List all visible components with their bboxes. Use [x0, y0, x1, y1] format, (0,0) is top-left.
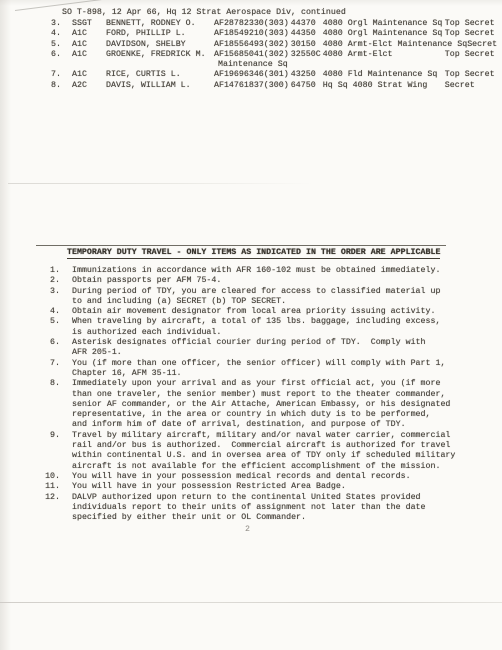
list-item: 11. You will have in your possession Res… — [45, 482, 455, 492]
afsc-code: 43250 — [291, 70, 323, 80]
area-code: (302) — [264, 50, 291, 60]
area-code: (303) — [264, 19, 291, 29]
item-line: When traveling by aircraft, a total of 1… — [72, 317, 440, 327]
item-line: Obtain passports per AFM 75-4. — [72, 276, 221, 286]
area-code: (303) — [264, 29, 291, 39]
list-item: 10. You will have in your possession med… — [45, 472, 455, 482]
item-line: Travel by military aircraft, military an… — [72, 431, 455, 441]
rank: A1C — [72, 29, 106, 39]
rank: A1C — [72, 70, 106, 80]
personnel-roster: 3. SSGT BENNETT, RODNEY O. AF28782330 (3… — [51, 19, 497, 91]
member-name: DAVIS, WILLIAM L. — [106, 81, 214, 91]
entry-number: 5. — [51, 40, 72, 50]
section-title-row: TEMPORARY DUTY TRAVEL - ONLY ITEMS AS IN… — [67, 248, 440, 257]
entry-number: 4. — [51, 29, 72, 39]
service-number: AF18556493 — [214, 40, 264, 50]
entry-number: 3. — [51, 19, 72, 29]
item-line: aircraft is not available for the effici… — [72, 462, 455, 472]
item-line: specified by either their unit or OL Com… — [72, 513, 426, 523]
item-line: Obtain air movement designator from loca… — [72, 307, 435, 317]
item-line: Immunizations in accordance with AFR 160… — [72, 266, 440, 276]
clearance: Secret — [467, 40, 497, 50]
item-line: within continental U.S. and in oversea a… — [72, 451, 455, 461]
item-line: to and including (a) SECRET (b) TOP SECR… — [72, 297, 440, 307]
unit: 4080 Fld Maintenance Sq — [323, 70, 445, 80]
afsc-code: 32550C — [291, 50, 323, 60]
member-name: FORD, PHILLIP L. — [106, 29, 214, 39]
member-name: DAVIDSON, SHELBY — [106, 40, 214, 50]
item-line: You will have in your possession medical… — [72, 472, 411, 482]
item-number: 12. — [45, 493, 60, 524]
unit-continuation: Maintenance Sq — [218, 60, 497, 70]
item-line: Asterisk designates official courier dur… — [72, 338, 426, 348]
entry-number: 7. — [51, 70, 72, 80]
afsc-code: 44350 — [291, 29, 323, 39]
item-line: and inform him of date of arrival, desti… — [72, 420, 450, 430]
unit: 4080 Orgl Maintenance Sq — [323, 19, 445, 29]
service-number: AF14761837 — [214, 81, 264, 91]
area-code: (301) — [264, 70, 291, 80]
entry-number: 6. — [51, 50, 72, 60]
member-name: BENNETT, RODNEY O. — [106, 19, 214, 29]
page-number: 2 — [245, 525, 250, 534]
area-code: (300) — [264, 81, 291, 91]
entry-number: 8. — [51, 81, 72, 91]
item-number: 7. — [45, 359, 60, 380]
list-item: 6. Asterisk designates official courier … — [45, 338, 455, 359]
item-line: than one traveler, the senior member) mu… — [72, 390, 450, 400]
afsc-code: 44370 — [291, 19, 323, 29]
member-name: GROENKE, FREDRICK M. — [106, 50, 214, 60]
item-number: 2. — [45, 276, 60, 286]
afsc-code: 64750 — [291, 81, 323, 91]
unit: 4080 Armt-Elct — [323, 50, 445, 60]
service-number: AF15685041 — [214, 50, 264, 60]
clearance: Top Secret — [445, 70, 495, 80]
unit: Hq Sq 4080 Strat Wing — [323, 81, 445, 91]
service-number: AF19696346 — [214, 70, 264, 80]
clearance: Top Secret — [445, 19, 495, 29]
item-number: 9. — [45, 431, 60, 472]
service-number: AF28782330 — [214, 19, 264, 29]
service-number: AF18549210 — [214, 29, 264, 39]
list-item: 9. Travel by military aircraft, military… — [45, 431, 455, 472]
item-line: individuals report to their units of ass… — [72, 503, 426, 513]
afsc-code: 30150 — [291, 40, 323, 50]
list-item: 1. Immunizations in accordance with AFR … — [45, 266, 455, 276]
rank: A1C — [72, 50, 106, 60]
roster-row: 4. A1C FORD, PHILLIP L. AF18549210 (303)… — [51, 29, 497, 39]
item-line: AFR 205-1. — [72, 348, 426, 358]
scan-fold-line — [0, 602, 502, 603]
list-item: 8. Immediately upon your arrival and as … — [45, 379, 455, 430]
list-item: 2. Obtain passports per AFM 75-4. — [45, 276, 455, 286]
roster-row: 6. A1C GROENKE, FREDRICK M. AF15685041 (… — [51, 50, 497, 60]
item-line: rail and/or bus is authorized. Commercia… — [72, 441, 455, 451]
unit: 4080 Orgl Maintenance Sq — [323, 29, 445, 39]
item-number: 4. — [45, 307, 60, 317]
item-line: Immediately upon your arrival and as you… — [72, 379, 450, 389]
unit: 4080 Armt-Elct Maintenance Sq — [323, 40, 467, 50]
item-number: 1. — [45, 266, 60, 276]
roster-row: 8. A2C DAVIS, WILLIAM L. AF14761837 (300… — [51, 81, 497, 91]
scanned-document-page: SO T-898, 12 Apr 66, Hq 12 Strat Aerospa… — [0, 0, 502, 650]
clearance: Top Secret — [445, 29, 495, 39]
area-code: (302) — [264, 40, 291, 50]
scan-smudge-line — [8, 183, 313, 184]
list-item: 7. You (if more than one officer, the se… — [45, 359, 455, 380]
section-divider-rule — [36, 245, 446, 246]
item-number: 8. — [45, 379, 60, 430]
list-item: 12. DALVP authorized upon return to the … — [45, 493, 455, 524]
item-line: You will have in your possession Restric… — [72, 482, 346, 492]
rank: A2C — [72, 81, 106, 91]
item-line: senior AF commander, or the Air Attache,… — [72, 400, 450, 410]
item-line: representative, in the area or country i… — [72, 410, 450, 420]
item-line: Chapter 16, AFM 35-11. — [72, 369, 445, 379]
list-item: 4. Obtain air movement designator from l… — [45, 307, 455, 317]
list-item: 5. When traveling by aircraft, a total o… — [45, 317, 455, 338]
list-item: 3. During period of TDY, you are cleared… — [45, 287, 455, 308]
roster-row: 5. A1C DAVIDSON, SHELBY AF18556493 (302)… — [51, 40, 497, 50]
clearance: Top Secret — [445, 50, 495, 60]
tdy-instructions-list: 1. Immunizations in accordance with AFR … — [45, 266, 455, 523]
item-number: 6. — [45, 338, 60, 359]
member-name: RICE, CURTIS L. — [106, 70, 214, 80]
item-line: You (if more than one officer, the senio… — [72, 359, 445, 369]
roster-row: 3. SSGT BENNETT, RODNEY O. AF28782330 (3… — [51, 19, 497, 29]
item-number: 5. — [45, 317, 60, 338]
item-number: 10. — [45, 472, 60, 482]
section-title: TEMPORARY DUTY TRAVEL - ONLY ITEMS AS IN… — [67, 248, 440, 259]
item-number: 3. — [45, 287, 60, 308]
rank: A1C — [72, 40, 106, 50]
item-line: During period of TDY, you are cleared fo… — [72, 287, 440, 297]
roster-row: 7. A1C RICE, CURTIS L. AF19696346 (301) … — [51, 70, 497, 80]
order-header: SO T-898, 12 Apr 66, Hq 12 Strat Aerospa… — [62, 8, 346, 17]
rank: SSGT — [72, 19, 106, 29]
item-line: is authorized each individual. — [72, 328, 440, 338]
item-line: DALVP authorized upon return to the cont… — [72, 493, 426, 503]
clearance: Secret — [445, 81, 475, 91]
item-number: 11. — [45, 482, 60, 492]
